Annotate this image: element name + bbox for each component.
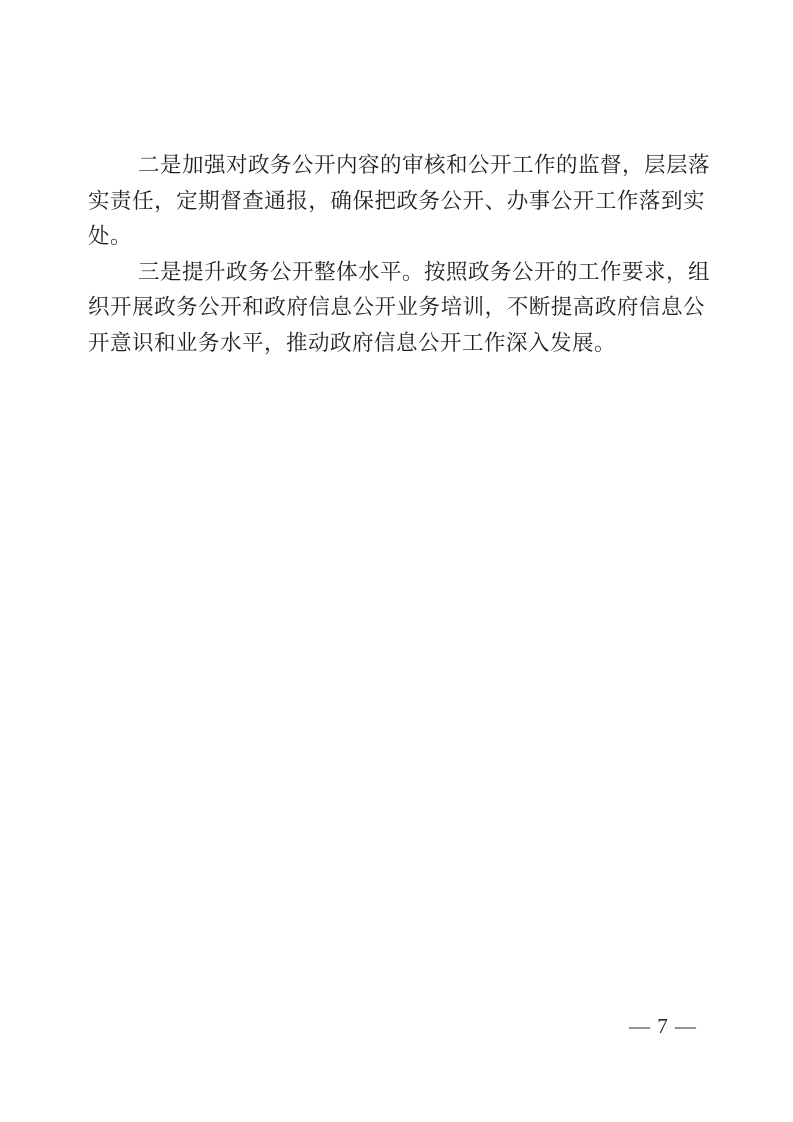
page-number: — 7 — [618,1008,708,1044]
paragraph-2: 三是提升政务公开整体水平。按照政务公开的工作要求，组 织开展政务公开和政府信息公… [88,255,705,362]
body-text-line: 三是提升政务公开整体水平。按照政务公开的工作要求，组 [88,255,705,291]
paragraph-1: 二是加强对政务公开内容的审核和公开工作的监督，层层落 实责任，定期督查通报，确保… [88,148,705,255]
document-page: 二是加强对政务公开内容的审核和公开工作的监督，层层落 实责任，定期督查通报，确保… [0,0,793,1122]
body-text-line: 实责任，定期督查通报，确保把政务公开、办事公开工作落到实 [88,184,705,220]
body-text-line: 处。 [88,219,705,255]
body-text: 二是加强对政务公开内容的审核和公开工作的监督，层层落 实责任，定期督查通报，确保… [88,148,705,361]
body-text-line: 开意识和业务水平，推动政府信息公开工作深入发展。 [88,326,705,362]
body-text-line: 二是加强对政务公开内容的审核和公开工作的监督，层层落 [88,148,705,184]
body-text-line: 织开展政务公开和政府信息公开业务培训，不断提高政府信息公 [88,290,705,326]
